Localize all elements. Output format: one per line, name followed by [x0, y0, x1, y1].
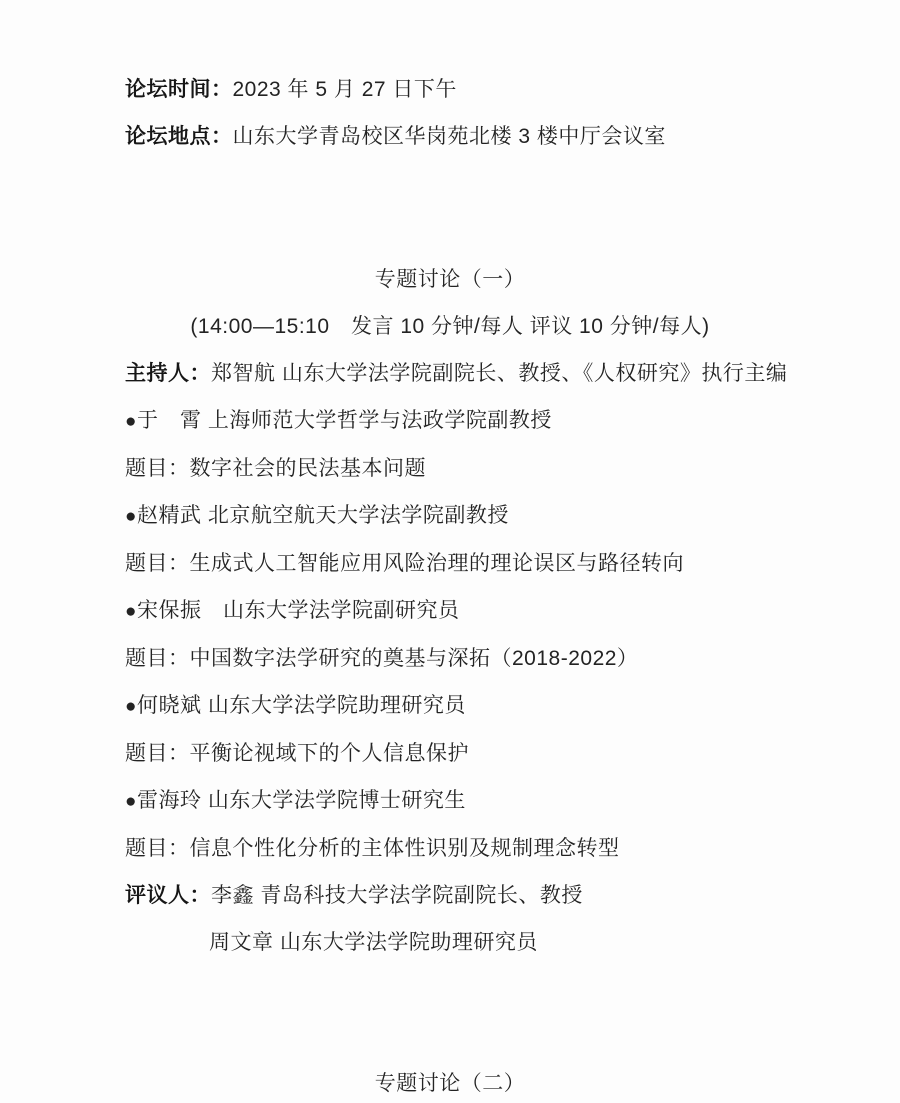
forum-time-value: 2023 年 5 月 27 日下午 — [233, 78, 457, 101]
moderator-line: 主持人：郑智航 山东大学法学院副院长、教授、《人权研究》执行主编 — [0, 350, 900, 397]
discussant-1: 李鑫 青岛科技大学法学院副院长、教授 — [211, 884, 583, 907]
bullet-icon: ● — [125, 696, 137, 717]
speaker-line: ●于 霄 上海师范大学哲学与法政学院副教授 — [0, 397, 900, 445]
topic-label: 题目： — [125, 837, 190, 860]
topic-line: 题目：平衡论视域下的个人信息保护 — [0, 730, 900, 777]
speaker-name-affiliation: 赵精武 北京航空航天大学法学院副教授 — [137, 504, 509, 527]
topic-line: 题目：信息个性化分析的主体性识别及规制理念转型 — [0, 825, 900, 872]
topic-line: 题目：生成式人工智能应用风险治理的理论误区与路径转向 — [0, 540, 900, 587]
bullet-icon: ● — [125, 506, 137, 527]
bullet-icon: ● — [125, 601, 137, 622]
topic-label: 题目： — [125, 742, 190, 765]
topic-label: 题目： — [125, 552, 190, 575]
speaker-line: ●何晓斌 山东大学法学院助理研究员 — [0, 682, 900, 730]
section-gap — [0, 966, 900, 1060]
moderator-label: 主持人： — [125, 362, 211, 385]
topic-label: 题目： — [125, 457, 190, 480]
moderator-value: 郑智航 山东大学法学院副院长、教授、《人权研究》执行主编 — [211, 362, 787, 385]
bullet-icon: ● — [125, 791, 137, 812]
section-gap — [0, 160, 900, 256]
discussant-label: 评议人： — [125, 884, 211, 907]
forum-venue-line: 论坛地点：山东大学青岛校区华岗苑北楼 3 楼中厅会议室 — [0, 113, 900, 160]
speaker-name-affiliation: 宋保振 山东大学法学院副研究员 — [137, 599, 460, 622]
forum-time-label: 论坛时间： — [125, 78, 233, 101]
forum-venue-label: 论坛地点： — [125, 125, 233, 148]
speaker-line: ●雷海玲 山东大学法学院博士研究生 — [0, 777, 900, 825]
topic-value: 信息个性化分析的主体性识别及规制理念转型 — [190, 837, 620, 860]
speaker-name-affiliation: 雷海玲 山东大学法学院博士研究生 — [137, 789, 466, 812]
speaker-name-affiliation: 何晓斌 山东大学法学院助理研究员 — [137, 694, 466, 717]
speaker-name-affiliation: 于 霄 上海师范大学哲学与法政学院副教授 — [137, 409, 552, 432]
topic-line: 题目：中国数字法学研究的奠基与深拓（2018-2022） — [0, 635, 900, 682]
session2-title: 专题讨论（二） — [0, 1060, 900, 1103]
discussant-2: 周文章 山东大学法学院助理研究员 — [0, 919, 900, 966]
session1-schedule: (14:00—15:10 发言 10 分钟/每人 评议 10 分钟/每人) — [0, 303, 900, 350]
topic-value: 平衡论视域下的个人信息保护 — [190, 742, 470, 765]
bullet-icon: ● — [125, 411, 137, 432]
document-page: { "page": { "background": "#fdfdfd", "te… — [0, 0, 900, 1103]
topic-value: 生成式人工智能应用风险治理的理论误区与路径转向 — [190, 552, 685, 575]
topic-value: 中国数字法学研究的奠基与深拓（2018-2022） — [190, 647, 639, 670]
discussant-line: 评议人：李鑫 青岛科技大学法学院副院长、教授 — [0, 872, 900, 919]
speaker-line: ●赵精武 北京航空航天大学法学院副教授 — [0, 492, 900, 540]
topic-line: 题目：数字社会的民法基本问题 — [0, 445, 900, 492]
topic-value: 数字社会的民法基本问题 — [190, 457, 427, 480]
speaker-line: ●宋保振 山东大学法学院副研究员 — [0, 587, 900, 635]
topic-label: 题目： — [125, 647, 190, 670]
forum-agenda-document: 论坛时间：2023 年 5 月 27 日下午 论坛地点：山东大学青岛校区华岗苑北… — [0, 0, 900, 1103]
forum-time-line: 论坛时间：2023 年 5 月 27 日下午 — [0, 66, 900, 113]
session1-title: 专题讨论（一） — [0, 256, 900, 303]
forum-venue-value: 山东大学青岛校区华岗苑北楼 3 楼中厅会议室 — [233, 125, 666, 148]
